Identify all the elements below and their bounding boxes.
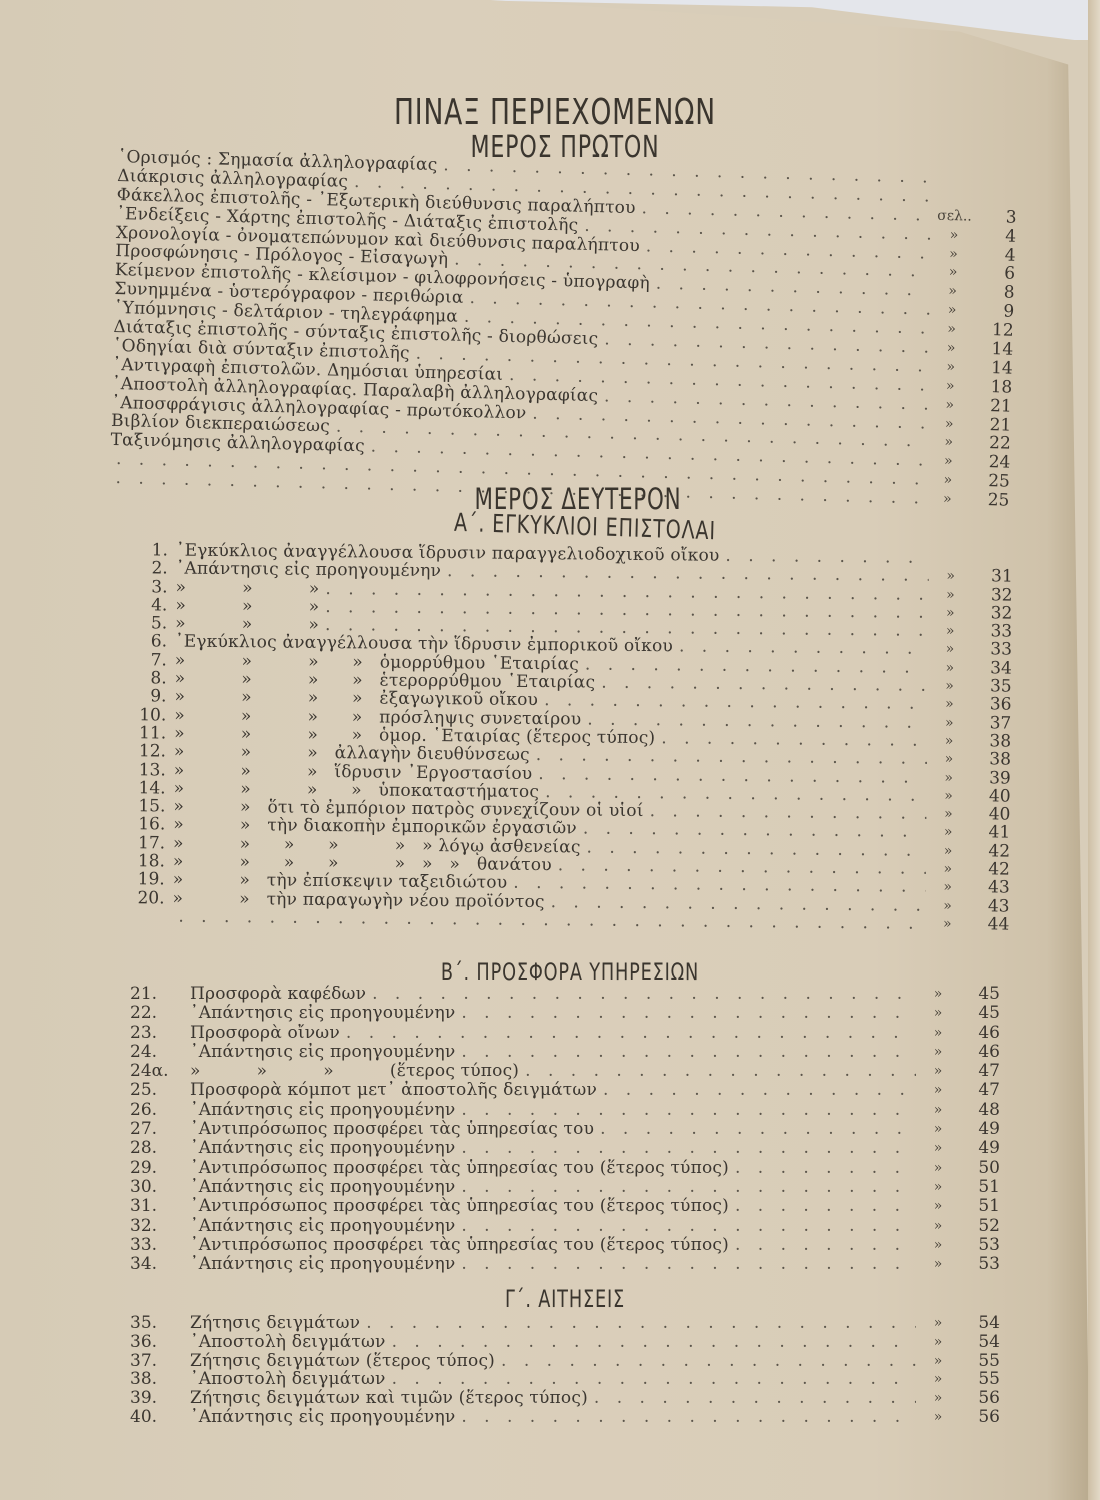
page-number: 24 [970,453,1010,473]
page-number: 56 [960,1408,1000,1427]
page-number: 18 [972,377,1012,397]
entry-number: 35. [130,1314,190,1333]
page-number: 54 [960,1314,1000,1333]
page-number: 55 [960,1370,1000,1389]
entry-number: 16. [115,815,173,834]
page-number: 43 [969,897,1009,916]
page-number: 22 [971,434,1011,454]
dot-leader: . . . . . . . . . . . . . . . . . . . . … [673,638,928,659]
page-marker: » [925,896,969,915]
entry-number: 38. [130,1370,190,1389]
page-marker: σελ.. [932,206,976,226]
entry-number: 13. [116,761,174,780]
page-number: 3 [976,208,1016,228]
section-c-toc-list: 35.Ζήτησις δειγμάτων. . . . . . . . . . … [130,1314,1000,1427]
page-number: 47 [960,1062,1000,1081]
toc-entry: 29.᾿Αντιπρόσωπος προσφέρει τὰς ὑπηρεσίας… [130,1159,1000,1178]
page-marker: » [929,567,973,586]
entry-number: 33. [130,1236,190,1255]
dot-leader: . . . . . . . . . . . . . . . . . . . . … [729,1236,916,1255]
dot-leader: . . . . . . . . . . . . . . . . . . . . … [386,1370,916,1389]
toc-entry: 40.᾿Απάντησις εἰς προηγουμένην. . . . . … [130,1408,1000,1427]
page-marker: » [926,860,970,879]
dot-leader: . . . . . . . . . . . . . . . . . . . . … [588,1389,916,1408]
entry-number: 4. [117,596,175,615]
entry-number: 12. [116,742,174,761]
section-c-heading: Γ΄. ΑΙΤΗΣΕΙΣ [114,1285,1016,1313]
entry-number: 1. [118,541,176,560]
page-marker [929,549,973,568]
part1-toc-list: ῾Ορισμός : Σημασία ἀλληλογραφίας. . . . … [109,148,1017,511]
entry-number: 5. [117,614,175,633]
page-marker: » [925,915,969,934]
entry-title: ᾿Απάντησις εἰς προηγουμένην [190,1408,455,1427]
entry-title: Προσφορὰ κόμποτ μετ᾿ ἀποστολῆς δειγμάτων [190,1081,597,1100]
entry-title: Ζήτησις δειγμάτων (ἕτερος τύπος) [190,1352,495,1371]
toc-entry: 27.᾿Αντιπρόσωπος προσφέρει τὰς ὑπηρεσίας… [130,1120,1000,1139]
dot-leader: . . . . . . . . . . . . . . . . . . . . … [594,1120,916,1139]
page-number: 49 [960,1120,1000,1139]
dot-leader: . . . . . . . . . . . . . . . . . . . . … [455,1408,916,1427]
entry-number: 20. [114,889,172,908]
page-marker: » [928,585,972,604]
page-marker: » [916,1043,960,1062]
page-marker [933,169,977,189]
page-number: 37 [971,714,1011,733]
page-number: 50 [960,1159,1000,1178]
entry-title: ᾿Αντιπρόσωπος προσφέρει τὰς ὑπηρεσίας το… [190,1236,729,1255]
dot-leader: . . . . . . . . . . . . . . . . . . . . … [495,1352,916,1371]
toc-entry: 28.᾿Απάντησις εἰς προηγουμένην. . . . . … [130,1139,1000,1158]
entry-number: 29. [130,1159,190,1178]
entry-number: 6. [117,632,175,651]
page-number: 55 [960,1352,1000,1371]
page-marker: » [927,713,971,732]
dot-leader: . . . . . . . . . . . . . . . . . . . . … [455,1178,916,1197]
toc-entry: 39.Ζήτησις δειγμάτων καὶ τιμῶν (ἕτερος τ… [130,1389,1000,1408]
page-marker: » [916,1352,960,1371]
page-marker: » [916,985,960,1004]
toc-entry: 36.᾿Αποστολὴ δειγμάτων. . . . . . . . . … [130,1333,1000,1352]
entry-number: 37. [130,1352,190,1371]
page-number: 54 [960,1333,1000,1352]
entry-number: 3. [117,578,175,597]
dot-leader: . . . . . . . . . . . . . . . . . . . . … [455,1004,916,1023]
entry-title: ᾿Αποστολὴ δειγμάτων [190,1333,386,1352]
page-number: 40 [971,787,1011,806]
page-number: 4 [976,226,1016,246]
dot-leader: . . . . . . . . . . . . . . . . . . . . … [386,1333,916,1352]
page-marker: » [916,1217,960,1236]
page-marker: » [928,659,972,678]
page-marker: » [928,357,972,377]
entry-number: 2. [118,559,176,578]
toc-entry: 23.Προσφορὰ οἴνων. . . . . . . . . . . .… [130,1024,1000,1043]
page-marker: » [928,395,972,415]
entry-number: 17. [115,834,173,853]
dot-leader: . . . . . . . . . . . . . . . . . . . . … [729,1159,916,1178]
entry-title: Ζήτησις δειγμάτων καὶ τιμῶν (ἕτερος τύπο… [190,1389,588,1408]
entry-number: 27. [130,1120,190,1139]
entry-number: 14. [116,779,174,798]
page-marker: » [916,1236,960,1255]
page-number: 43 [970,879,1010,898]
section-b-toc-list: 21.Προσφορὰ καφέδων. . . . . . . . . . .… [130,985,1000,1274]
page-marker: » [927,695,971,714]
page-number: 31 [973,568,1013,587]
page-marker: » [927,433,971,453]
entry-number: 24. [130,1043,190,1062]
entry-title: ᾿Απάντησις εἰς προηγουμένην [190,1255,455,1274]
entry-number: 28. [130,1139,190,1158]
page-number: 38 [971,750,1011,769]
page-marker: » [930,301,974,321]
entry-number: 40. [130,1408,190,1427]
entry-number: 21. [130,985,190,1004]
page-number: 6 [975,264,1015,284]
page-marker: » [927,768,971,787]
dot-leader: . . . . . . . . . . . . . . . . . . . . … [729,1197,916,1216]
dot-leader: . . . . . . . . . . . . . . . . . . . . … [519,1062,916,1081]
page-number: 46 [960,1024,1000,1043]
dot-leader: . . . . . . . . . . . . . . . . . . . . … [455,1217,916,1236]
page-marker: » [916,1197,960,1216]
page-marker: » [928,677,972,696]
page-number: 35 [972,677,1012,696]
page-number: 32 [972,586,1012,605]
page-marker [933,188,977,208]
page-number: 8 [974,283,1014,303]
toc-entry: 35.Ζήτησις δειγμάτων. . . . . . . . . . … [130,1314,1000,1333]
page-marker: » [930,282,974,302]
page-marker: » [916,1314,960,1333]
dot-leader: . . . . . . . . . . . . . . . . . . . . … [597,1081,916,1100]
page-marker: » [916,1370,960,1389]
page-number: 33 [972,622,1012,641]
entry-number: 18. [115,852,173,871]
entry-number: 10. [116,706,174,725]
dot-leader: . . . . . . . . . . . . . . . . . . . . … [455,1139,916,1158]
page-number [973,549,1013,568]
page-number: 12 [973,321,1013,341]
entry-title: ᾿Απάντησις εἰς προηγουμένην [190,1043,455,1062]
entry-number: 36. [130,1333,190,1352]
section-b-heading: Β΄. ΠΡΟΣΦΟΡΑ ΥΠΗΡΕΣΙΩΝ [119,958,1021,986]
entry-number: 39. [130,1389,190,1408]
entry-title: ᾿Αντιπρόσωπος προσφέρει τὰς ὑπηρεσίας το… [190,1159,729,1178]
page-number [977,189,1017,209]
page-number: 44 [969,915,1009,934]
page-number: 34 [972,659,1012,678]
page-marker: » [932,225,976,245]
entry-title: Προσφορὰ καφέδων [190,985,366,1004]
page-marker: » [931,244,975,264]
dot-leader: . . . . . . . . . . . . . . . . . . . . … [366,985,916,1004]
page-marker: » [931,263,975,283]
entry-number: 31. [130,1197,190,1216]
page-marker: » [928,376,972,396]
dot-leader: . . . . . . . . . . . . . . . . . . . . … [455,1101,916,1120]
page-marker: » [916,1139,960,1158]
page-marker: » [927,787,971,806]
page-number [977,170,1017,190]
dot-leader: . . . . . . . . . . . . . . . . . . . . … [455,1255,916,1274]
page-number: 45 [960,1004,1000,1023]
page-number: 42 [970,860,1010,879]
entry-number: 25. [130,1081,190,1100]
toc-entry: 31.᾿Αντιπρόσωπος προσφέρει τὰς ὑπηρεσίας… [130,1197,1000,1216]
entry-number: 26. [130,1101,190,1120]
toc-entry: 21.Προσφορὰ καφέδων. . . . . . . . . . .… [130,985,1000,1004]
entry-number: 22. [130,1004,190,1023]
page-marker: » [916,1178,960,1197]
page-marker: » [926,805,970,824]
entry-number: 8. [117,669,175,688]
page-marker: » [928,640,972,659]
toc-entry: 38.᾿Αποστολὴ δειγμάτων. . . . . . . . . … [130,1370,1000,1389]
page-marker: » [926,878,970,897]
page-marker: » [916,1004,960,1023]
entry-number [114,907,172,926]
page-number: 49 [960,1139,1000,1158]
entry-title: ᾿Αντιπρόσωπος προσφέρει τὰς ὑπηρεσίας το… [190,1120,594,1139]
section-a-toc-list: 1.᾿Εγκύκλιος ἀναγγέλλουσα ἵδρυσιν παραγγ… [114,541,1013,934]
entry-number: 32. [130,1217,190,1236]
page-number: 51 [960,1178,1000,1197]
page-number: 53 [960,1236,1000,1255]
dot-leader: . . . . . . . . . . . . . . . . . . . . … [340,1024,916,1043]
entry-title: ᾿Απάντησις εἰς προηγουμένην [190,1178,455,1197]
toc-entry: 26.᾿Απάντησις εἰς προηγουμένην. . . . . … [130,1101,1000,1120]
page-marker: » [916,1255,960,1274]
entry-title: Προσφορὰ οἴνων [190,1024,340,1043]
page-marker: » [929,339,973,359]
page-number: 32 [972,604,1012,623]
entry-number: 19. [115,870,173,889]
page-number: 14 [973,340,1013,360]
page-marker: » [927,750,971,769]
page-marker: » [916,1062,960,1081]
page-number: 53 [960,1255,1000,1274]
page-number: 39 [971,769,1011,788]
entry-number: 15. [115,797,173,816]
book-edge [1088,0,1100,1500]
page-number: 51 [960,1197,1000,1216]
toc-entry: 34.᾿Απάντησις εἰς προηγουμένην. . . . . … [130,1255,1000,1274]
dot-leader: . . . . . . . . . . . . . . . . . . . . … [360,1314,916,1333]
page-number: 47 [960,1081,1000,1100]
entry-number: 11. [116,724,174,743]
toc-entry: 22.᾿Απάντησις εἰς προηγουμένην. . . . . … [130,1004,1000,1023]
page-number: 38 [971,732,1011,751]
page-marker: » [916,1024,960,1043]
page-title: ΠΙΝΑΞ ΠΕΡΙΕΧΟΜΕΝΩΝ [104,92,1006,133]
page-number: 14 [972,359,1012,379]
toc-entry: 32.᾿Απάντησις εἰς προηγουμένην. . . . . … [130,1217,1000,1236]
page-marker: » [926,823,970,842]
page-number: 48 [960,1101,1000,1120]
page-number: 21 [971,415,1011,435]
page-number: 9 [974,302,1014,322]
toc-entry: 30.᾿Απάντησις εἰς προηγουμένην. . . . . … [130,1178,1000,1197]
entry-title: ᾿Απάντησις εἰς προηγουμένην [190,1139,455,1158]
page-marker: » [928,622,972,641]
entry-title: ᾿Απάντησις εἰς προηγουμένην [190,1217,455,1236]
entry-number: 34. [130,1255,190,1274]
page-number: 33 [972,641,1012,660]
page-number: 45 [960,985,1000,1004]
page-marker: » [916,1408,960,1427]
entry-title: Ζήτησις δειγμάτων [190,1314,360,1333]
entry-title: ᾿Απάντησις εἰς προηγουμένην [190,1004,455,1023]
page-marker: » [926,452,970,472]
page-number: 52 [960,1217,1000,1236]
toc-entry: 33.᾿Αντιπρόσωπος προσφέρει τὰς ὑπηρεσίας… [130,1236,1000,1255]
entry-title: ᾿Αποστολὴ δειγμάτων [190,1370,386,1389]
page-marker: » [927,414,971,434]
entry-title: » » » (ἕτερος τύπος) [190,1062,519,1081]
page-number: 4 [975,245,1015,265]
entry-number: 24α. [130,1062,190,1081]
page-marker: » [926,842,970,861]
page-number: 40 [970,805,1010,824]
entry-title: ᾿Αντιπρόσωπος προσφέρει τὰς ὑπηρεσίας το… [190,1197,729,1216]
page-marker: » [916,1120,960,1139]
toc-entry: 25.Προσφορὰ κόμποτ μετ᾿ ἀποστολῆς δειγμά… [130,1081,1000,1100]
page-number: 42 [970,842,1010,861]
toc-entry: 24.᾿Απάντησις εἰς προηγουμένην. . . . . … [130,1043,1000,1062]
entry-title: ᾿Απάντησις εἰς προηγουμένην [190,1101,455,1120]
toc-entry: 37.Ζήτησις δειγμάτων (ἕτερος τύπος). . .… [130,1352,1000,1371]
page-number: 56 [960,1389,1000,1408]
page-number: 21 [972,396,1012,416]
entry-number: 30. [130,1178,190,1197]
page-number: 41 [970,824,1010,843]
page-marker: » [916,1081,960,1100]
dot-leader: . . . . . . . . . . . . . . . . . . . . … [719,547,929,567]
page-number: 36 [971,696,1011,715]
page-marker: » [916,1159,960,1178]
page-marker: » [928,604,972,623]
page-marker: » [916,1101,960,1120]
page-number: 46 [960,1043,1000,1062]
page-marker: » [916,1333,960,1352]
page-marker: » [929,320,973,340]
entry-number: 23. [130,1024,190,1043]
entry-number: 7. [117,651,175,670]
toc-entry: 24α.» » » (ἕτερος τύπος). . . . . . . . … [130,1062,1000,1081]
dot-leader: . . . . . . . . . . . . . . . . . . . . … [455,1043,916,1062]
page-marker: » [916,1389,960,1408]
page-marker: » [927,732,971,751]
entry-number: 9. [116,687,174,706]
